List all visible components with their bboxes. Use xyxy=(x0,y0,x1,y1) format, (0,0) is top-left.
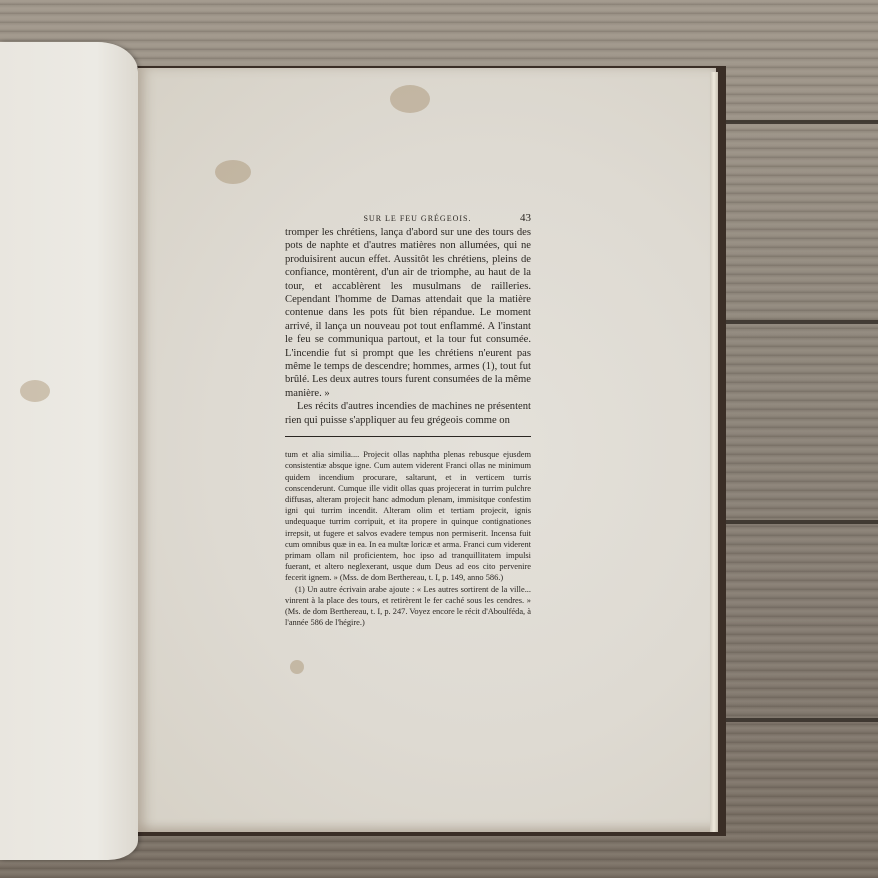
foxing-stain xyxy=(215,160,251,184)
footnote-rule xyxy=(285,436,531,437)
running-head-title: SUR LE FEU GRÉGEOIS. xyxy=(285,214,520,223)
running-head: SUR LE FEU GRÉGEOIS. 43 xyxy=(285,212,531,224)
foxing-stain xyxy=(20,380,50,402)
footnote: tum et alia similia.... Projecit ollas n… xyxy=(285,449,531,583)
left-page-blank xyxy=(0,42,138,860)
plank-gap xyxy=(720,718,878,722)
body-paragraph: Les récits d'autres incendies de machine… xyxy=(285,400,531,427)
body-text: tromper les chrétiens, lança d'abord sur… xyxy=(285,226,531,427)
page-number: 43 xyxy=(520,212,531,224)
plank-gap xyxy=(720,320,878,324)
footnotes: tum et alia similia.... Projecit ollas n… xyxy=(285,449,531,628)
footnote: (1) Un autre écrivain arabe ajoute : « L… xyxy=(285,584,531,629)
plank-gap xyxy=(720,520,878,524)
page-edges xyxy=(710,72,718,832)
foxing-stain xyxy=(390,85,430,113)
body-paragraph: tromper les chrétiens, lança d'abord sur… xyxy=(285,226,531,400)
page-text-block: SUR LE FEU GRÉGEOIS. 43 tromper les chré… xyxy=(285,212,531,628)
plank-gap xyxy=(720,120,878,124)
foxing-stain xyxy=(290,660,304,674)
